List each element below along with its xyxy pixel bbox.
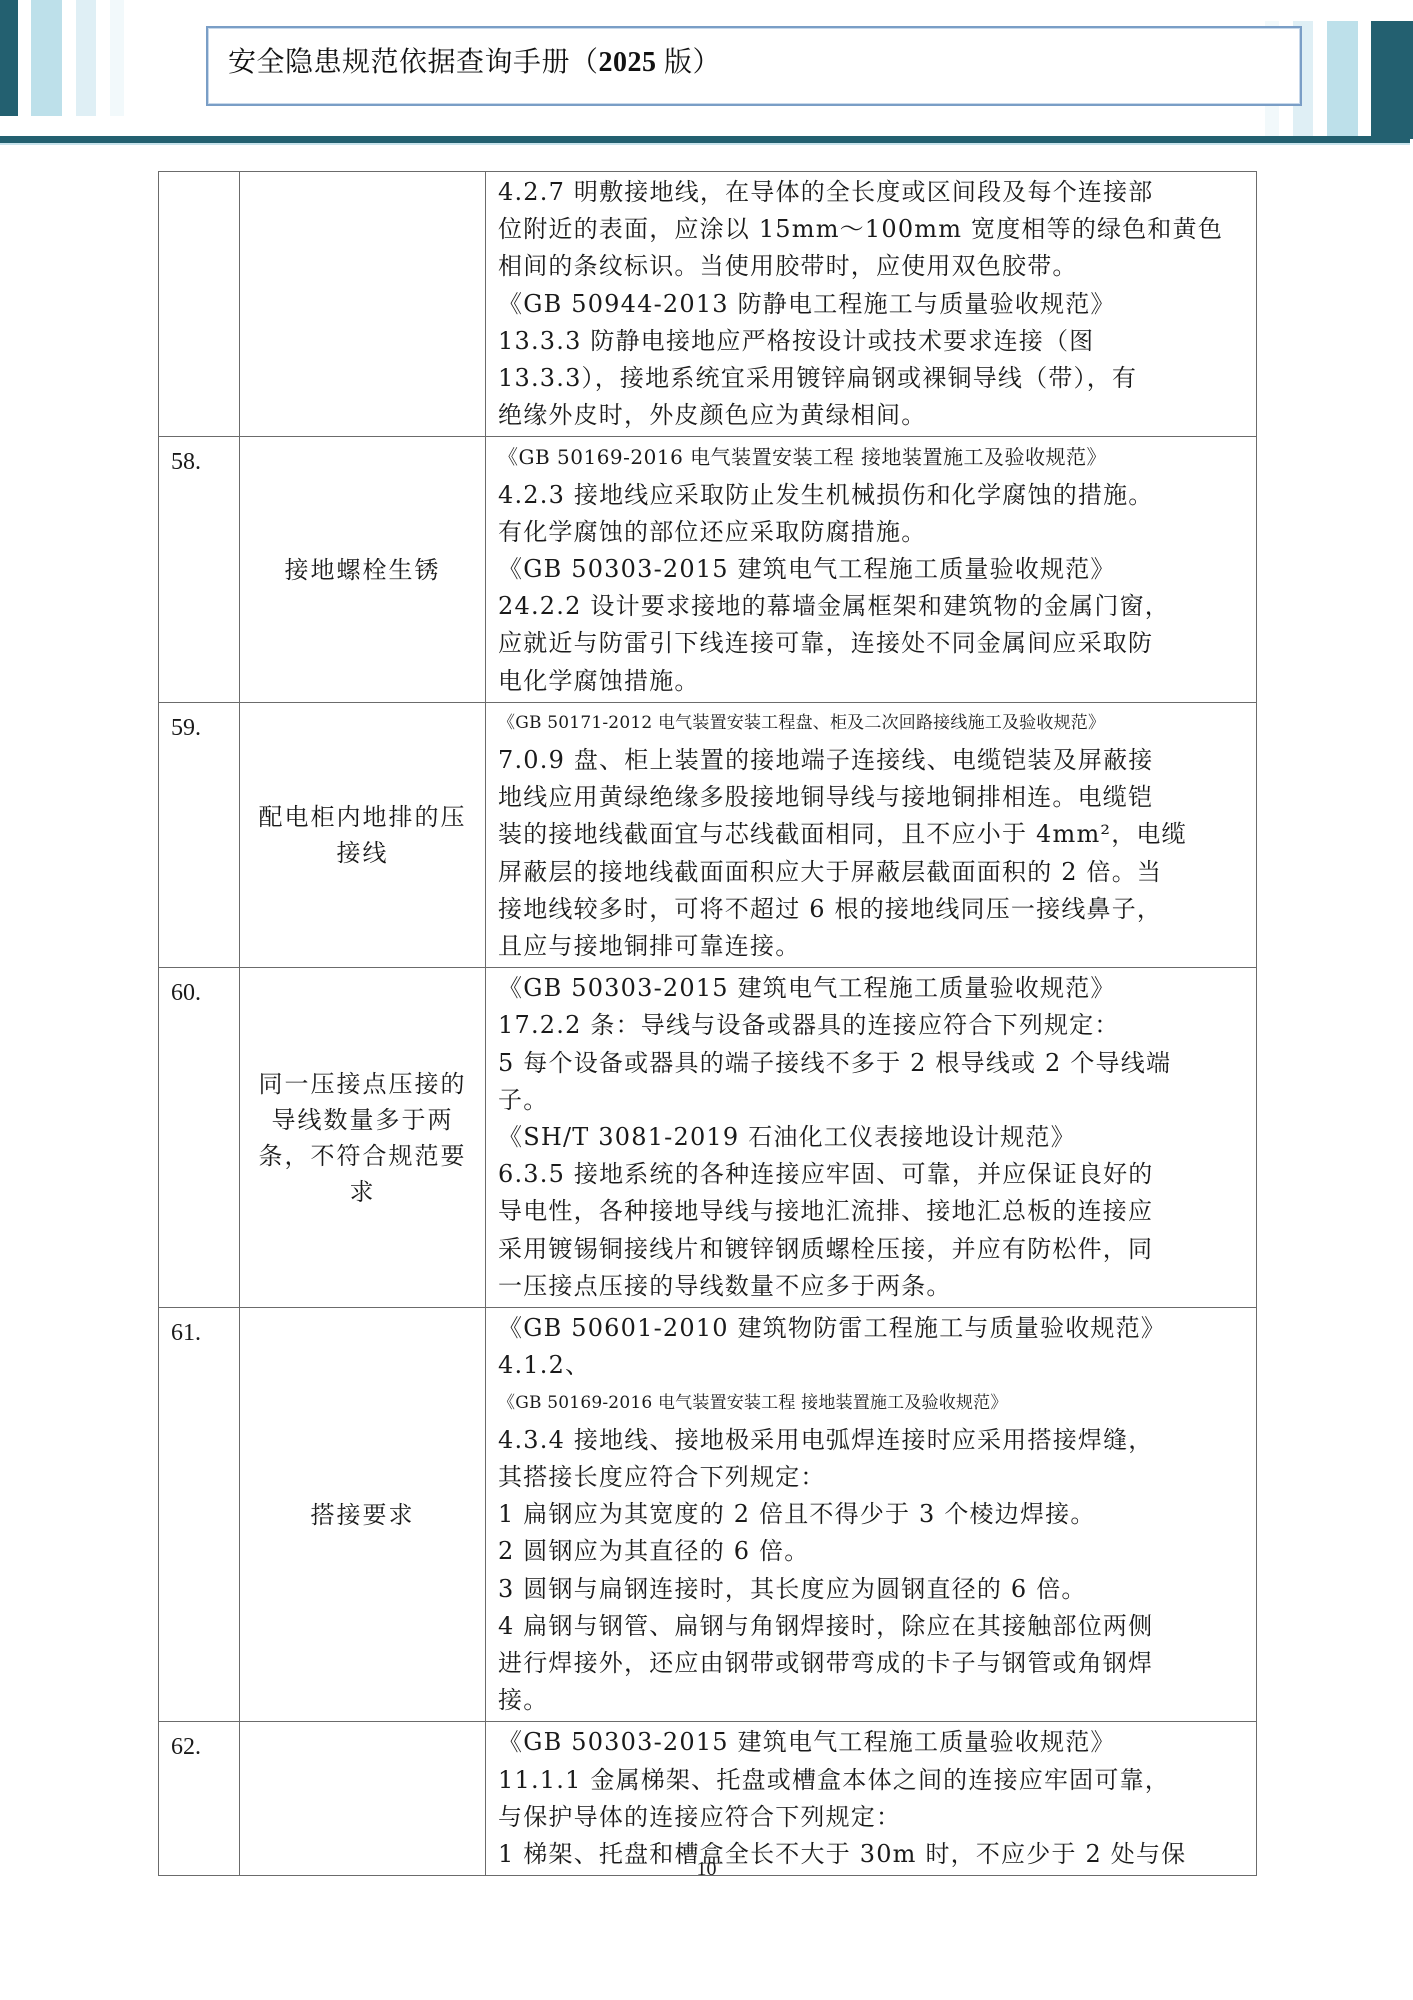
regulation-text-line: 有化学腐蚀的部位还应采取防腐措施。	[498, 514, 1244, 551]
regulation-text-line: 子。	[498, 1082, 1244, 1119]
hazard-description: 同一压接点压接的导线数量多于两条，不符合规范要求	[258, 1066, 468, 1210]
hazard-description-cell	[240, 172, 486, 437]
item-number: 62.	[159, 1722, 240, 1876]
header-bar-light-left	[31, 0, 62, 116]
title-prefix: 安全隐患规范依据查询手册（	[228, 47, 599, 78]
regulation-text-line: 《GB 50303-2015 建筑电气工程施工质量验收规范》	[498, 970, 1244, 1007]
regulation-text-line: 4.3.4 接地线、接地极采用电弧焊连接时应采用搭接焊缝，	[498, 1422, 1244, 1459]
hazard-description-cell: 配电柜内地排的压接线	[240, 702, 486, 967]
regulation-reference-cell: 《GB 50303-2015 建筑电气工程施工质量验收规范》17.2.2 条：导…	[486, 968, 1257, 1308]
regulation-text-line: 11.1.1 金属梯架、托盘或槽盒本体之间的连接应牢固可靠，	[498, 1762, 1244, 1799]
item-number: 61.	[159, 1308, 240, 1722]
hazard-description: 接地螺栓生锈	[258, 552, 468, 588]
regulation-text-line: 《GB 50169-2016 电气装置安装工程 接地装置施工及验收规范》	[498, 1385, 1244, 1422]
regulation-text-line: 3 圆钢与扁钢连接时，其长度应为圆钢直径的 6 倍。	[498, 1571, 1244, 1608]
header-bar-light-right	[1327, 21, 1358, 137]
regulation-text-line: 电化学腐蚀措施。	[498, 663, 1244, 700]
regulation-text-line: 《GB 50169-2016 电气装置安装工程 接地装置施工及验收规范》	[498, 439, 1244, 476]
regulation-reference-cell: 《GB 50169-2016 电气装置安装工程 接地装置施工及验收规范》4.2.…	[486, 437, 1257, 702]
hazard-description-cell: 接地螺栓生锈	[240, 437, 486, 702]
regulation-text-line: 与保护导体的连接应符合下列规定：	[498, 1799, 1244, 1836]
regulation-text-line: 《GB 50944-2013 防静电工程施工与质量验收规范》	[498, 286, 1244, 323]
regulation-text-line: 采用镀锡铜接线片和镀锌钢质螺栓压接，并应有防松件，同	[498, 1231, 1244, 1268]
header-rule-highlight	[0, 143, 1410, 145]
regulation-text-line: 7.0.9 盘、柜上装置的接地端子连接线、电缆铠装及屏蔽接	[498, 742, 1244, 779]
regulation-text-line: 4 扁钢与钢管、扁钢与角钢焊接时，除应在其接触部位两侧	[498, 1608, 1244, 1645]
table-row: 61.搭接要求《GB 50601-2010 建筑物防雷工程施工与质量验收规范》4…	[159, 1308, 1257, 1722]
regulation-text-line: 13.3.3），接地系统宜采用镀锌扁钢或裸铜导线（带），有	[498, 360, 1244, 397]
hazard-description-cell	[240, 1722, 486, 1876]
regulation-text-line: 一压接点压接的导线数量不应多于两条。	[498, 1268, 1244, 1305]
regulation-text-line: 4.2.3 接地线应采取防止发生机械损伤和化学腐蚀的措施。	[498, 477, 1244, 514]
header-title-frame: 安全隐患规范依据查询手册（2025 版）	[206, 26, 1302, 106]
regulation-text-line: 屏蔽层的接地线截面面积应大于屏蔽层截面面积的 2 倍。当	[498, 854, 1244, 891]
document-title: 安全隐患规范依据查询手册（2025 版）	[228, 40, 721, 80]
regulation-reference-cell: 4.2.7 明敷接地线，在导体的全长度或区间段及每个连接部位附近的表面，应涂以 …	[486, 172, 1257, 437]
page-number: 10	[0, 1858, 1413, 1881]
header-bar-dark-left	[0, 0, 18, 116]
regulation-text-line: 2 圆钢应为其直径的 6 倍。	[498, 1533, 1244, 1570]
regulation-reference-cell: 《GB 50303-2015 建筑电气工程施工质量验收规范》11.1.1 金属梯…	[486, 1722, 1257, 1876]
regulation-text-line: 位附近的表面，应涂以 15mm～100mm 宽度相等的绿色和黄色	[498, 211, 1244, 248]
regulation-text-line: 4.1.2、	[498, 1347, 1244, 1384]
regulation-text-line: 接。	[498, 1682, 1244, 1719]
regulation-text-line: 《GB 50171-2012 电气装置安装工程盘、柜及二次回路接线施工及验收规范…	[498, 705, 1244, 742]
regulation-text-line: 6.3.5 接地系统的各种连接应牢固、可靠，并应保证良好的	[498, 1156, 1244, 1193]
item-number: 59.	[159, 702, 240, 967]
table-row: 4.2.7 明敷接地线，在导体的全长度或区间段及每个连接部位附近的表面，应涂以 …	[159, 172, 1257, 437]
regulation-reference-cell: 《GB 50171-2012 电气装置安装工程盘、柜及二次回路接线施工及验收规范…	[486, 702, 1257, 967]
regulation-text-line: 5 每个设备或器具的端子接线不多于 2 根导线或 2 个导线端	[498, 1045, 1244, 1082]
regulation-text-line: 接地线较多时，可将不超过 6 根的接地线同压一接线鼻子，	[498, 891, 1244, 928]
header-bar-dark-right	[1371, 21, 1413, 139]
title-suffix: 版）	[657, 47, 722, 78]
regulation-text-line: 绝缘外皮时，外皮颜色应为黄绿相间。	[498, 397, 1244, 434]
title-year: 2025	[599, 47, 657, 78]
item-number	[159, 172, 240, 437]
regulation-text-line: 13.3.3 防静电接地应严格按设计或技术要求连接（图	[498, 323, 1244, 360]
hazard-description-cell: 同一压接点压接的导线数量多于两条，不符合规范要求	[240, 968, 486, 1308]
table-row: 60.同一压接点压接的导线数量多于两条，不符合规范要求《GB 50303-201…	[159, 968, 1257, 1308]
regulation-text-line: 其搭接长度应符合下列规定：	[498, 1459, 1244, 1496]
regulation-table: 4.2.7 明敷接地线，在导体的全长度或区间段及每个连接部位附近的表面，应涂以 …	[158, 171, 1257, 1876]
header-bar-pale-left	[76, 0, 96, 116]
regulation-text-line: 装的接地线截面宜与芯线截面相同，且不应小于 4mm²，电缆	[498, 816, 1244, 853]
table-row: 58.接地螺栓生锈《GB 50169-2016 电气装置安装工程 接地装置施工及…	[159, 437, 1257, 702]
regulation-text-line: 且应与接地铜排可靠连接。	[498, 928, 1244, 965]
regulation-text-line: 24.2.2 设计要求接地的幕墙金属框架和建筑物的金属门窗，	[498, 588, 1244, 625]
regulation-text-line: 4.2.7 明敷接地线，在导体的全长度或区间段及每个连接部	[498, 174, 1244, 211]
hazard-description: 配电柜内地排的压接线	[258, 799, 468, 871]
regulation-text-line: 17.2.2 条：导线与设备或器具的连接应符合下列规定：	[498, 1007, 1244, 1044]
header-rule	[0, 136, 1410, 143]
regulation-text-line: 《SH/T 3081-2019 石油化工仪表接地设计规范》	[498, 1119, 1244, 1156]
regulation-text-line: 《GB 50303-2015 建筑电气工程施工质量验收规范》	[498, 1724, 1244, 1761]
table-row: 59.配电柜内地排的压接线《GB 50171-2012 电气装置安装工程盘、柜及…	[159, 702, 1257, 967]
regulation-text-line: 1 扁钢应为其宽度的 2 倍且不得少于 3 个棱边焊接。	[498, 1496, 1244, 1533]
table-row: 62.《GB 50303-2015 建筑电气工程施工质量验收规范》11.1.1 …	[159, 1722, 1257, 1876]
item-number: 58.	[159, 437, 240, 702]
regulation-text-line: 相间的条纹标识。当使用胶带时，应使用双色胶带。	[498, 248, 1244, 285]
hazard-description: 搭接要求	[258, 1497, 468, 1533]
regulation-text-line: 地线应用黄绿绝缘多股接地铜导线与接地铜排相连。电缆铠	[498, 779, 1244, 816]
regulation-text-line: 《GB 50601-2010 建筑物防雷工程施工与质量验收规范》	[498, 1310, 1244, 1347]
regulation-text-line: 应就近与防雷引下线连接可靠，连接处不同金属间应采取防	[498, 625, 1244, 662]
item-number: 60.	[159, 968, 240, 1308]
regulation-text-line: 进行焊接外，还应由钢带或钢带弯成的卡子与钢管或角钢焊	[498, 1645, 1244, 1682]
regulation-reference-cell: 《GB 50601-2010 建筑物防雷工程施工与质量验收规范》4.1.2、《G…	[486, 1308, 1257, 1722]
regulation-text-line: 《GB 50303-2015 建筑电气工程施工质量验收规范》	[498, 551, 1244, 588]
regulation-text-line: 导电性，各种接地导线与接地汇流排、接地汇总板的连接应	[498, 1193, 1244, 1230]
hazard-description-cell: 搭接要求	[240, 1308, 486, 1722]
header-bar-faint-left	[110, 0, 124, 116]
